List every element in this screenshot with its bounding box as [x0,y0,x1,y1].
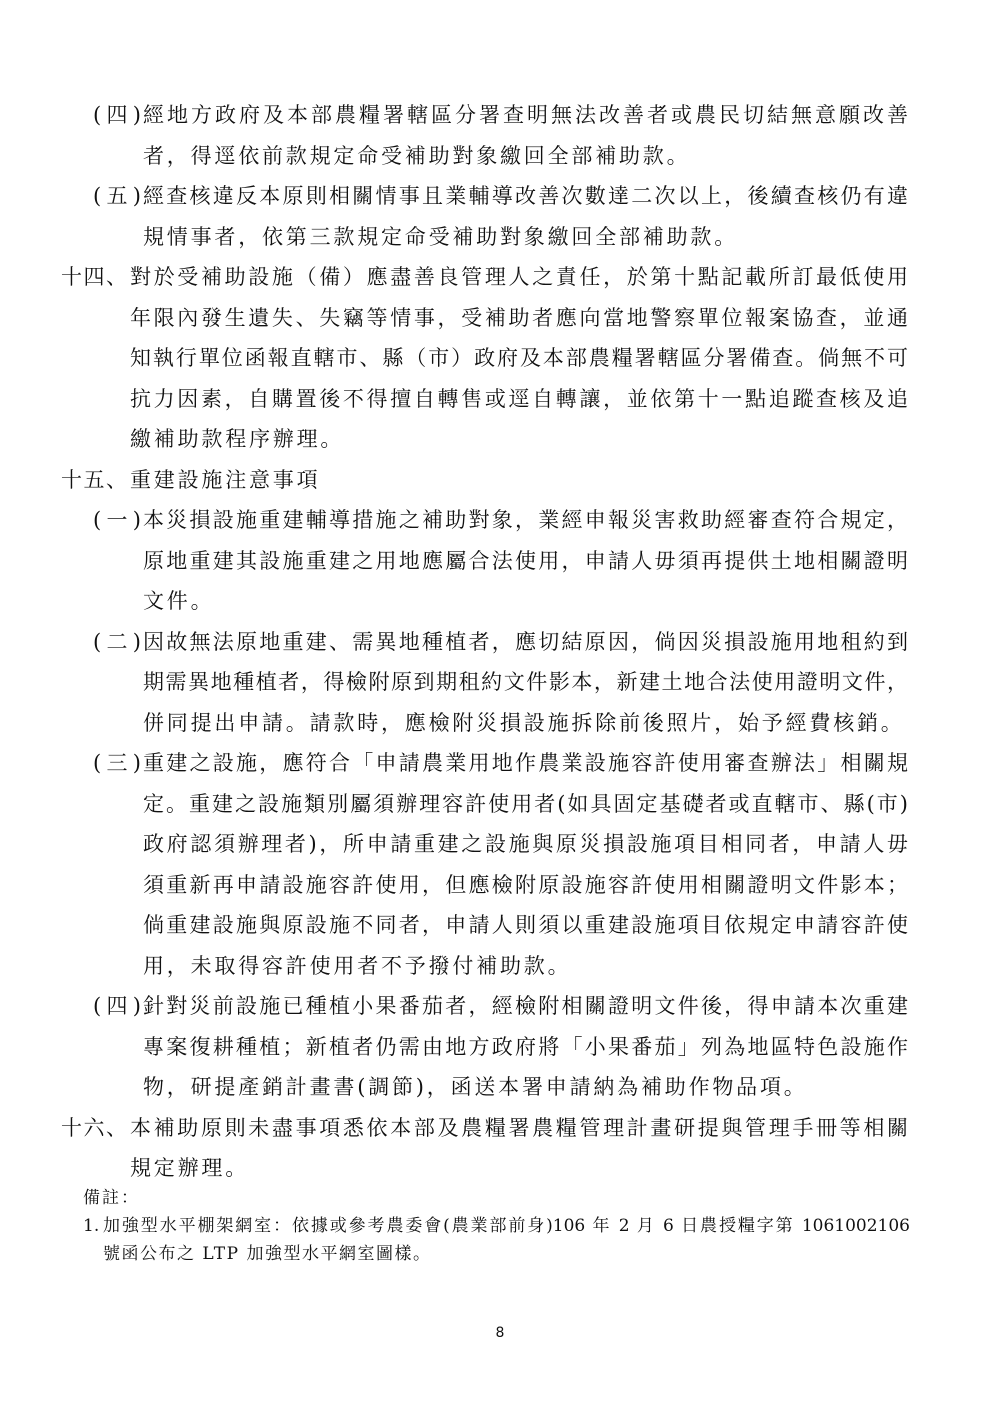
clause-label: (四) [93,95,141,136]
clause-line: 因故無法原地重建、需異地種植者，應切結原因，倘因災損設施用地租約到 [143,622,908,663]
clause-line: 原地重建其設施重建之用地應屬合法使用，申請人毋須再提供土地相關證明 [143,541,908,582]
clause-15-2: (二) 因故無法原地重建、需異地種植者，應切結原因，倘因災損設施用地租約到 期需… [0,622,1000,744]
clause-line: 經地方政府及本部農糧署轄區分署查明無法改善者或農民切結無意願改善 [143,95,908,136]
clause-line: 併同提出申請。請款時，應檢附災損設施拆除前後照片，始予經費核銷。 [143,703,908,744]
article-line: 知執行單位函報直轄市、縣（市）政府及本部農糧署轄區分署備查。倘無不可 [130,338,908,379]
clause-15-4: (四) 針對災前設施已種植小果番茄者，經檢附相關證明文件後，得申請本次重建 專案… [0,986,1000,1108]
clause-label: (四) [93,986,141,1027]
remarks-title: 備註： [83,1184,1000,1212]
clause-line: 倘重建設施與原設施不同者，申請人則須以重建設施項目依規定申請容許使 [143,905,908,946]
remark-number: 1. [83,1212,101,1240]
clause-line: 定。重建之設施類別屬須辦理容許使用者(如具固定基礎者或直轄市、縣(市) [143,784,908,825]
article-label: 十六、 [61,1108,127,1149]
clause-label: (一) [93,500,141,541]
clause-line: 期需異地種植者，得檢附原到期租約文件影本，新建土地合法使用證明文件， [143,662,908,703]
clause-line: 政府認須辦理者)，所申請重建之設施與原災損設施項目相同者，申請人毋 [143,824,908,865]
article-heading: 重建設施注意事項 [130,460,908,501]
clause-line: 文件。 [143,581,908,622]
clause-label: (三) [93,743,141,784]
clause-line: 須重新再申請設施容許使用，但應檢附原設施容許使用相關證明文件影本； [143,865,908,906]
article-line: 本補助原則未盡事項悉依本部及農糧署農糧管理計畫研提與管理手冊等相關 [130,1108,908,1149]
remark-line: 號函公布之 LTP 加強型水平網室圖樣。 [103,1240,910,1268]
clause-line: 物，研提產銷計畫書(調節)，函送本署申請納為補助作物品項。 [143,1067,908,1108]
article-label: 十五、 [61,460,127,501]
article-15-heading: 十五、 重建設施注意事項 [0,460,1000,501]
clause-13-5: (五) 經查核違反本原則相關情事且業輔導改善次數達二次以上，後續查核仍有違 規情… [0,176,1000,257]
clause-line: 用，未取得容許使用者不予撥付補助款。 [143,946,908,987]
document-body: (四) 經地方政府及本部農糧署轄區分署查明無法改善者或農民切結無意願改善 者，得… [0,95,1000,1189]
clause-15-1: (一) 本災損設施重建輔導措施之補助對象，業經申報災害救助經審查符合規定， 原地… [0,500,1000,622]
clause-label: (五) [93,176,141,217]
article-16: 十六、 本補助原則未盡事項悉依本部及農糧署農糧管理計畫研提與管理手冊等相關 規定… [0,1108,1000,1189]
article-line: 對於受補助設施（備）應盡善良管理人之責任，於第十點記載所訂最低使用 [130,257,908,298]
clause-15-3: (三) 重建之設施，應符合「申請農業用地作農業設施容許使用審查辦法」相關規 定。… [0,743,1000,986]
remark-item: 1. 加強型水平棚架網室：依據或參考農委會(農業部前身)106 年 2 月 6 … [0,1212,1000,1268]
remarks-section: 備註： 1. 加強型水平棚架網室：依據或參考農委會(農業部前身)106 年 2 … [0,1184,1000,1268]
clause-line: 專案復耕種植；新植者仍需由地方政府將「小果番茄」列為地區特色設施作 [143,1027,908,1068]
article-line: 年限內發生遺失、失竊等情事，受補助者應向當地警察單位報案協查，並通 [130,298,908,339]
article-line: 規定辦理。 [130,1148,908,1189]
article-14: 十四、 對於受補助設施（備）應盡善良管理人之責任，於第十點記載所訂最低使用 年限… [0,257,1000,460]
article-line: 繳補助款程序辦理。 [130,419,908,460]
page-number: 8 [0,1324,1000,1342]
clause-line: 針對災前設施已種植小果番茄者，經檢附相關證明文件後，得申請本次重建 [143,986,908,1027]
article-line: 抗力因素，自購置後不得擅自轉售或逕自轉讓，並依第十一點追蹤查核及追 [130,379,908,420]
clause-13-4: (四) 經地方政府及本部農糧署轄區分署查明無法改善者或農民切結無意願改善 者，得… [0,95,1000,176]
clause-line: 重建之設施，應符合「申請農業用地作農業設施容許使用審查辦法」相關規 [143,743,908,784]
remark-line: 加強型水平棚架網室：依據或參考農委會(農業部前身)106 年 2 月 6 日農授… [103,1212,910,1240]
clause-label: (二) [93,622,141,663]
clause-line: 本災損設施重建輔導措施之補助對象，業經申報災害救助經審查符合規定， [143,500,908,541]
clause-line: 規情事者，依第三款規定命受補助對象繳回全部補助款。 [143,217,908,258]
article-label: 十四、 [61,257,127,298]
clause-line: 者，得逕依前款規定命受補助對象繳回全部補助款。 [143,136,908,177]
clause-line: 經查核違反本原則相關情事且業輔導改善次數達二次以上，後續查核仍有違 [143,176,908,217]
